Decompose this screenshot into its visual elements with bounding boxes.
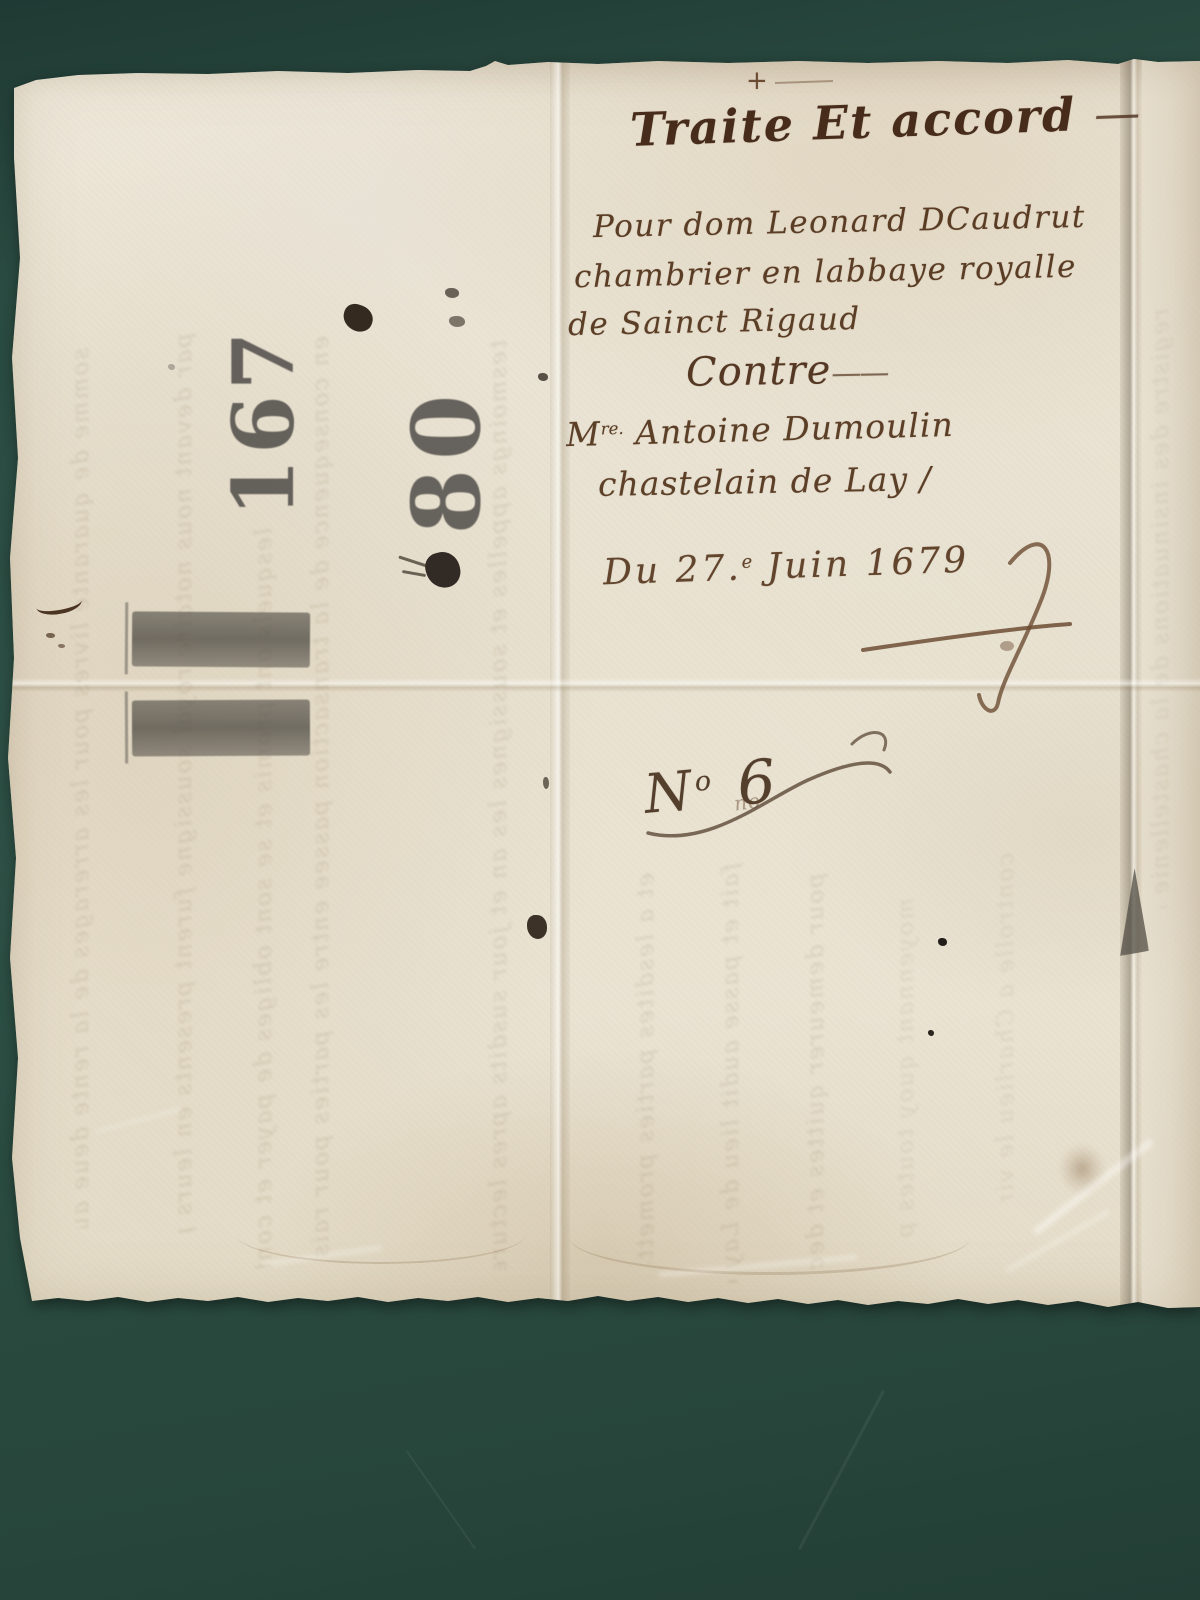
paper-surface: somme de quarante livres pour les arrera… [8,58,1200,1310]
dossier-number-ghost: no [732,788,762,816]
defendant-initial: M [566,414,602,454]
bleedthrough-text-column: moyennant quoy toutes pretentions demand… [893,898,929,1238]
cross-glyph: + [746,66,769,96]
ink-blot [422,548,464,591]
date-line: Du 27.e Juin 1679 [602,540,969,594]
dossier-superscript: o [693,766,712,798]
photo-scene: somme de quarante livres pour les arrera… [0,0,1200,1600]
bleedthrough-text-column: pour demeurer quittes et dechargez lun e… [803,873,839,1273]
party-line-3: de Sainct Rigaud [568,301,861,343]
ink-speck [543,777,549,789]
ink-streak [398,555,427,567]
vertical-fold-left [550,58,570,1310]
vertical-fold-right [1120,58,1142,1310]
party-line-1: Pour dom Leonard DCaudrut [593,199,1086,245]
defendant-line-1: Mre. Antoine Dumoulin [566,405,955,454]
ink-bar-mark [132,700,310,757]
versus-text: Contre [686,347,832,396]
defendant-superscript: re. [600,419,623,439]
ink-speck [46,633,55,638]
bleedthrough-text-column: somme de quarante livres pour les arrera… [68,348,104,1228]
ink-blot [527,915,547,939]
date-month-year: Juin 1679 [752,540,970,589]
bleedthrough-text-column: fait et passe audit lieu de Lay en la ma… [718,863,754,1283]
ink-speck [445,288,459,298]
archive-stamp-80: 80 [400,385,504,535]
title-dash: — [1093,85,1143,141]
ink-speck [928,1030,934,1036]
paper-scuff [94,1106,182,1134]
cross-mark: + [746,66,833,96]
ink-speck [538,373,548,381]
versus-line: Contre—— [686,346,888,396]
dossier-number: No6 [641,746,782,828]
bleedthrough-text-column: et a lesdites parties promettant et obli… [633,873,669,1263]
title-text: Traite Et accord [629,87,1077,157]
dossier-letter: N [642,759,699,826]
defendant-line-2: chastelain de Lay / [598,459,932,504]
ink-speck [58,644,65,648]
title-line: Traite Et accord — [629,85,1143,157]
table-scratch [798,1390,885,1550]
party-line-2: chambrier en labbaye royalle [574,249,1078,296]
ink-speck [938,938,947,946]
dark-smudge [1111,868,1149,956]
cross-dash [775,80,833,84]
archive-stamp-167: 167 [222,322,322,522]
versus-dash: —— [831,355,888,391]
date-day: Du 27. [602,548,742,594]
bleedthrough-text-column: registre des insinuations de la chastell… [1148,308,1184,908]
defendant-name: Antoine Dumoulin [623,405,954,453]
bleedthrough-text-column: par devant nous notaire royal soussigne … [171,333,207,1233]
table-scratch [406,1450,476,1549]
ink-bar-mark [132,611,310,667]
ink-speck [168,364,175,370]
ink-streak [402,570,426,577]
ink-blot [339,301,376,336]
ink-speck [449,316,465,327]
bleedthrough-text-column: controlle a Charlieu le vingt huitieme j… [993,853,1029,1203]
manuscript-sheet: somme de quarante livres pour les arrera… [8,58,1200,1310]
